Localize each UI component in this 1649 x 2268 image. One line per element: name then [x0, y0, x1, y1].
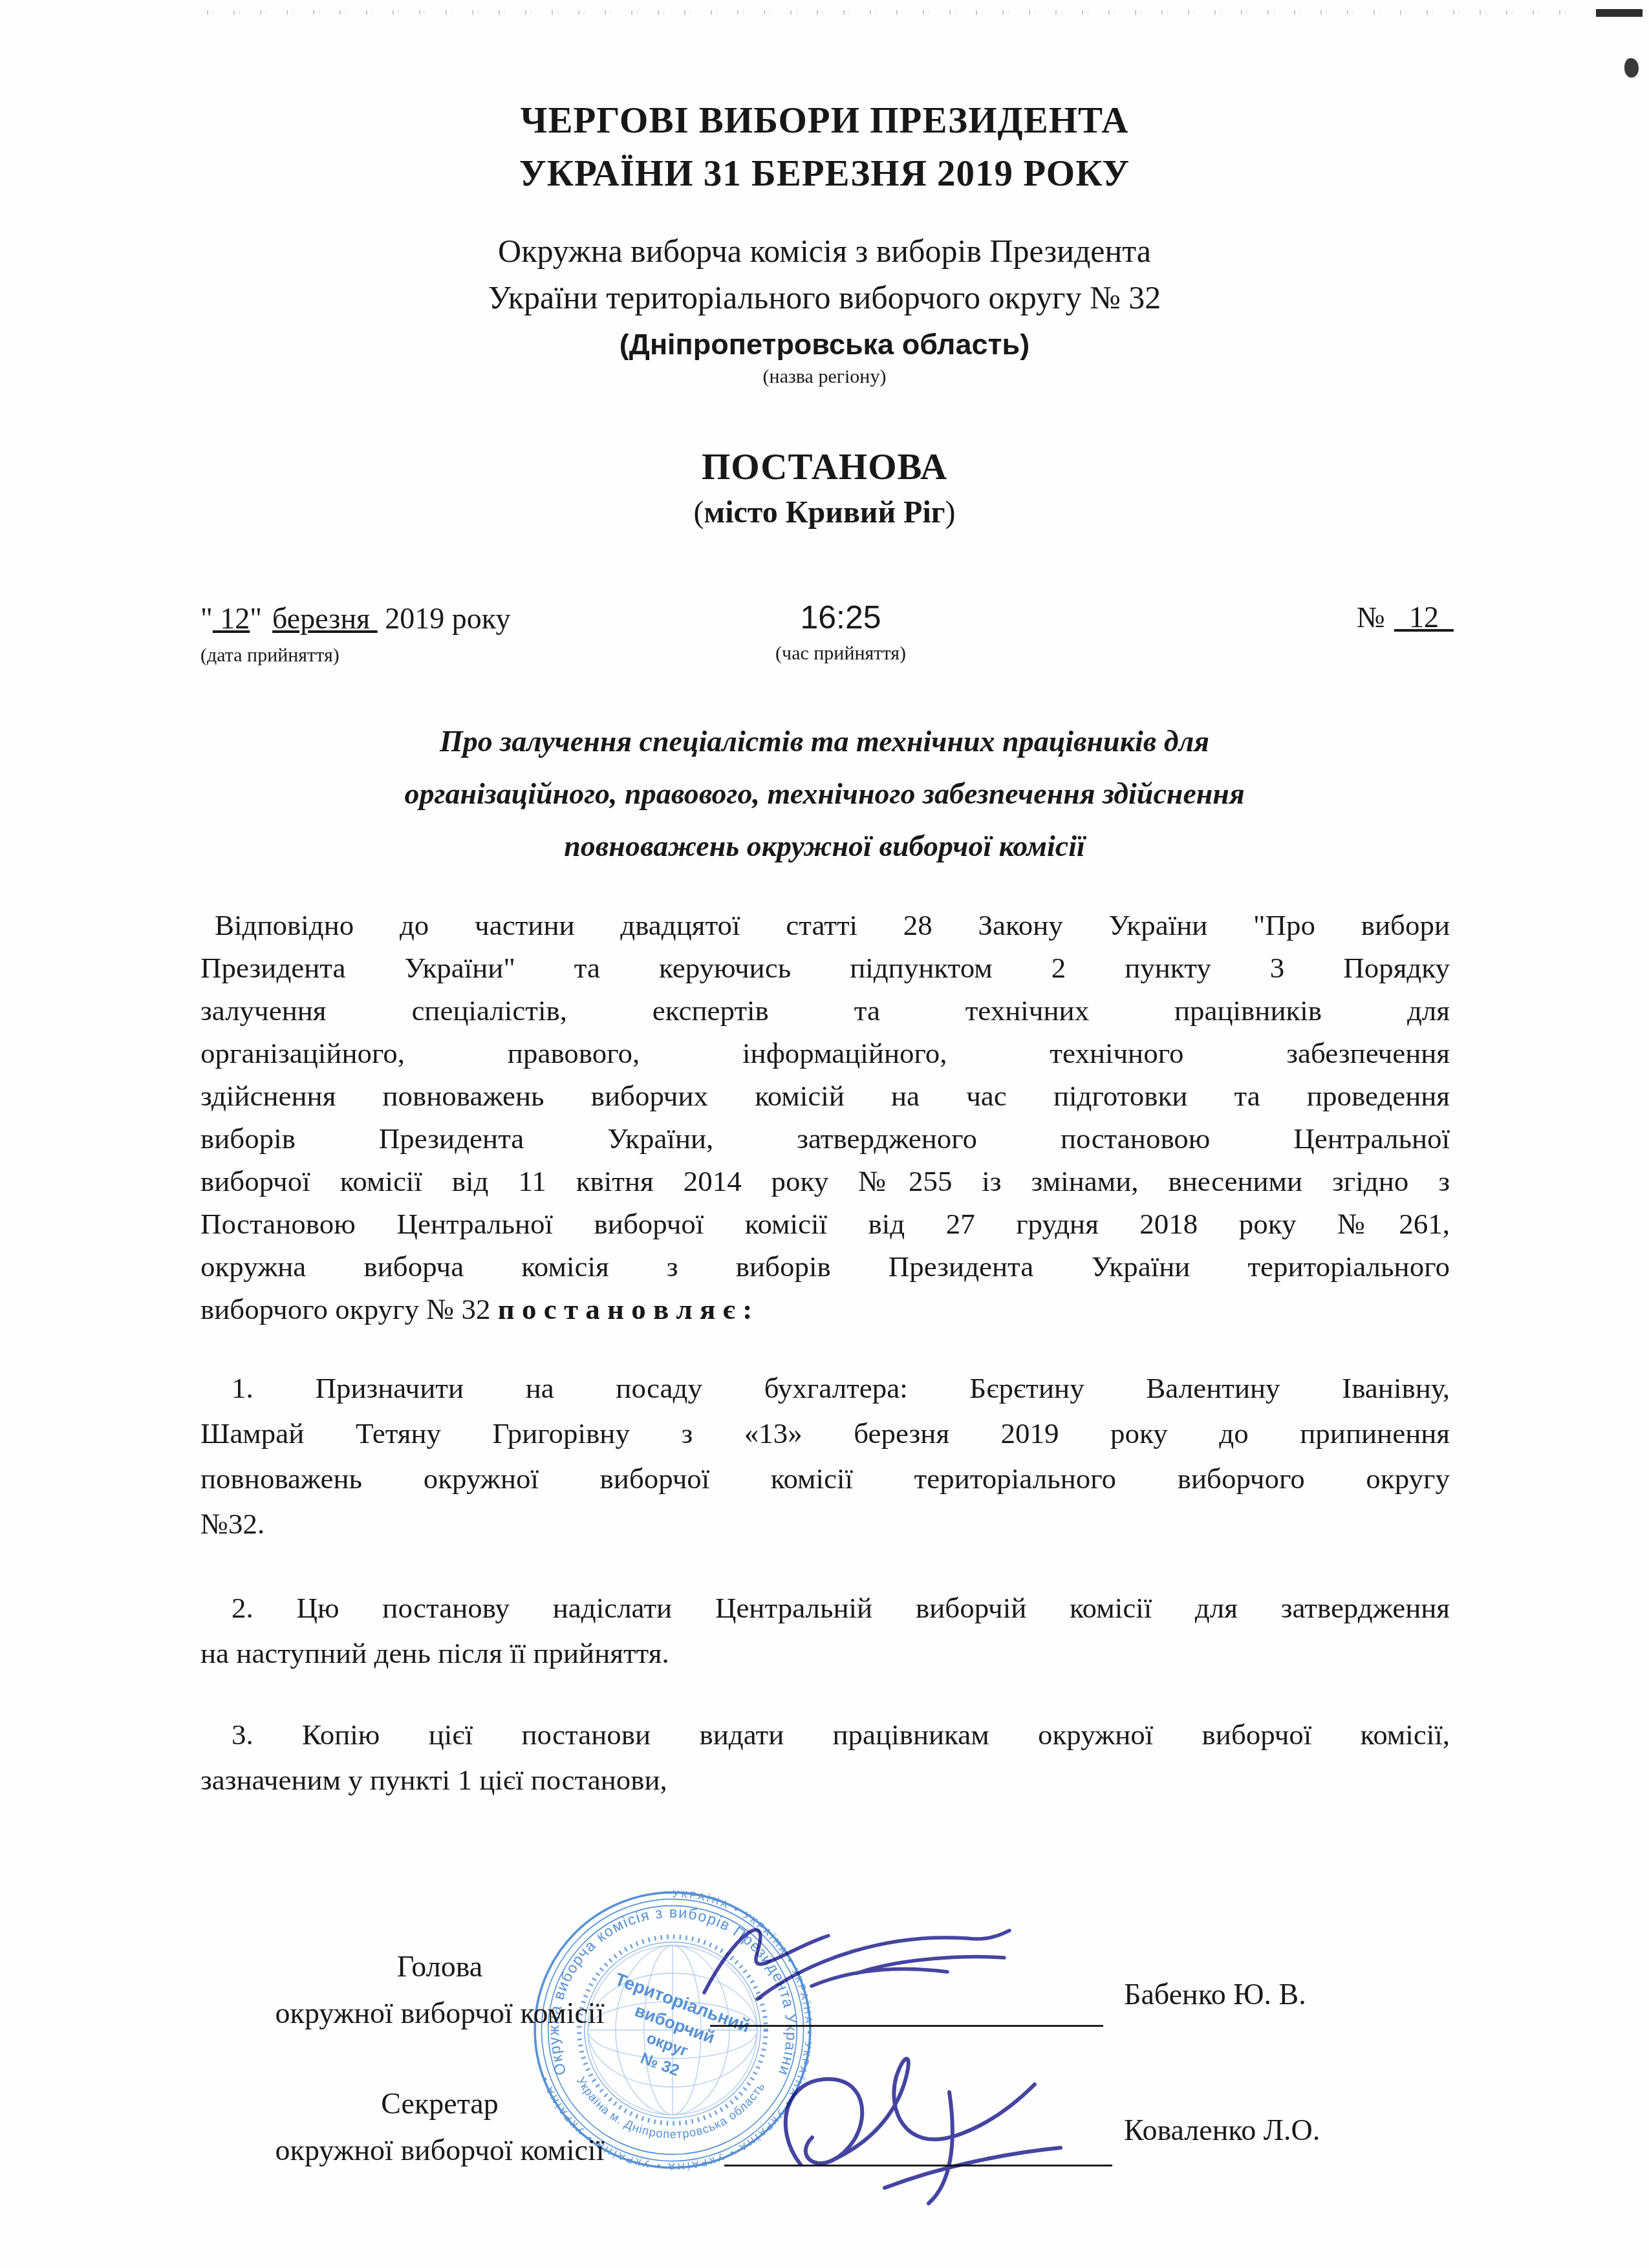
city-name: місто Кривий Ріг	[704, 495, 945, 530]
resolution-item-1: 1. Призначити на посаду бухгалтера: Бєрє…	[200, 1365, 1450, 1546]
preamble-final-line: виборчого округу № 32 п о с т а н о в л …	[200, 1288, 1450, 1331]
commission-name-line1: Окружна виборча комісія з виборів Презид…	[200, 228, 1449, 274]
region-name: (Дніпропетровська область)	[200, 326, 1449, 363]
text-line: зазначеним у пункті 1 цієї постанови,	[200, 1757, 1450, 1803]
text-line: 2. Цю постанову надіслати Центральній ви…	[200, 1585, 1450, 1631]
election-header: ЧЕРГОВІ ВИБОРИ ПРЕЗИДЕНТА УКРАЇНИ 31 БЕР…	[200, 94, 1449, 200]
date-day: 12	[213, 602, 250, 635]
secretary-handwritten-signature	[729, 2015, 1066, 2212]
adoption-time-block: 16:25 (час прийняття)	[718, 599, 964, 665]
text-line: залучення спеціалістів, експертів та тех…	[200, 989, 1450, 1032]
date-year: 2019 року	[378, 602, 511, 635]
adoption-time-caption: (час прийняття)	[718, 643, 964, 665]
document-number: 12	[1394, 601, 1454, 634]
text-line: 1. Призначити на посаду бухгалтера: Бєрє…	[200, 1365, 1450, 1411]
text-line: організаційного, правового, технічного з…	[233, 767, 1416, 820]
resolves-keyword: п о с т а н о в л я є :	[498, 1293, 753, 1325]
resolution-subject: Про залучення спеціалістів та технічних …	[233, 715, 1416, 872]
text-line: Про залучення спеціалістів та технічних …	[233, 715, 1416, 767]
election-header-line1: ЧЕРГОВІ ВИБОРИ ПРЕЗИДЕНТА	[200, 94, 1449, 147]
adoption-date-caption: (дата прийняття)	[200, 645, 510, 667]
document-number-block: № 12	[1357, 600, 1454, 634]
scan-artifact-blob	[1624, 58, 1639, 78]
date-month: березня	[272, 602, 378, 635]
text-line: на наступний день після її прийняття.	[200, 1631, 1450, 1676]
commission-name-line2: України територіального виборчого округу…	[200, 274, 1449, 321]
number-sign: №	[1357, 601, 1385, 634]
text-line: 3. Копію цієї постанови видати працівник…	[200, 1712, 1450, 1757]
text-line: повноважень окружної виборчої комісії	[233, 820, 1416, 872]
scan-noise-band	[207, 10, 1584, 15]
resolution-item-2: 2. Цю постанову надіслати Центральній ви…	[200, 1585, 1450, 1676]
adoption-date-block: " 12"березня 2019 року (дата прийняття)	[200, 601, 510, 667]
region-caption: (назва регіону)	[200, 363, 1449, 390]
document-type: ПОСТАНОВА	[200, 444, 1449, 491]
text-line: виборчої комісії від 11 квітня 2014 року…	[200, 1160, 1450, 1203]
date-quote-open: "	[200, 602, 213, 635]
preamble-paragraph: Відповідно до частини двадцятої статті 2…	[200, 904, 1450, 1288]
document-type-block: ПОСТАНОВА (місто Кривий Ріг)	[200, 444, 1449, 534]
text-line: Відповідно до частини двадцятої статті 2…	[200, 904, 1450, 947]
city-paren-open: (	[693, 495, 704, 530]
commission-name-block: Окружна виборча комісія з виборів Презид…	[200, 228, 1449, 390]
resolution-item-3: 3. Копію цієї постанови видати працівник…	[200, 1712, 1450, 1803]
document-city: (місто Кривий Ріг)	[200, 491, 1449, 534]
election-header-line2: УКРАЇНИ 31 БЕРЕЗНЯ 2019 РОКУ	[200, 147, 1449, 200]
date-quote-close: "	[250, 602, 262, 635]
text-line: повноважень окружної виборчої комісії те…	[200, 1456, 1450, 1501]
text-line: №32.	[200, 1501, 1450, 1546]
text-line: виборів Президента України, затвердженог…	[200, 1117, 1450, 1160]
text-line: організаційного, правового, інформаційно…	[200, 1032, 1450, 1075]
text-line: Постановою Центральної виборчої комісії …	[200, 1203, 1450, 1245]
secretary-name: Коваленко Л.О.	[1124, 2113, 1320, 2147]
scan-artifact-bar	[1596, 9, 1643, 17]
text-line: окружна виборча комісія з виборів Презид…	[200, 1245, 1450, 1288]
adoption-date-line: " 12"березня 2019 року	[200, 601, 510, 636]
text-line: Шамрай Тетяну Григорівну з «13» березня …	[200, 1411, 1450, 1456]
text-line: здійснення повноважень виборчих комісій …	[200, 1075, 1450, 1117]
preamble-final-normal: виборчого округу № 32	[200, 1293, 498, 1325]
text-line: Президента України" та керуючись підпунк…	[200, 947, 1450, 989]
scanned-resolution-document: ЧЕРГОВІ ВИБОРИ ПРЕЗИДЕНТА УКРАЇНИ 31 БЕР…	[0, 0, 1649, 2268]
head-name: Бабенко Ю. В.	[1124, 1977, 1306, 2011]
adoption-time: 16:25	[718, 599, 964, 636]
head-handwritten-signature	[695, 1896, 1018, 2035]
city-paren-close: )	[945, 495, 956, 530]
